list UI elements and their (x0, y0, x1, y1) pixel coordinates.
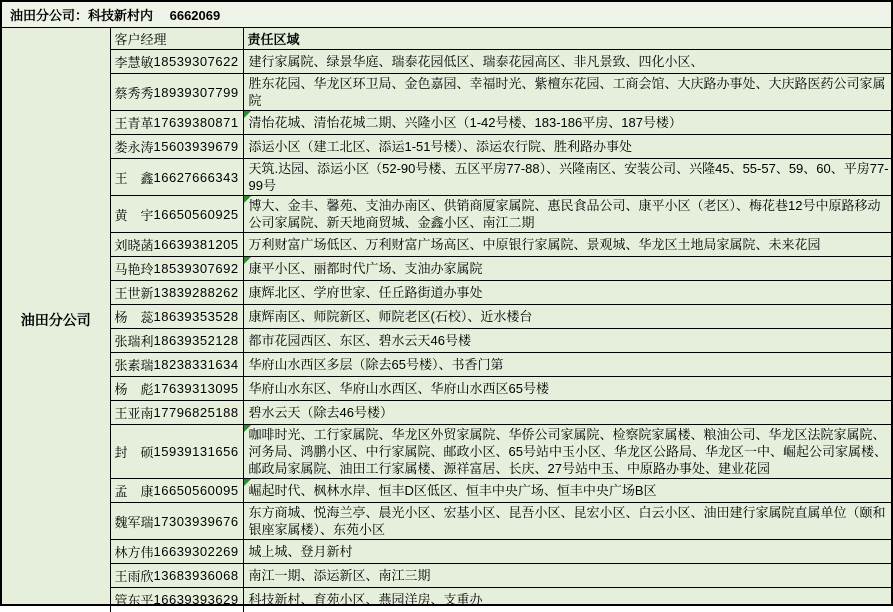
area-text: 崛起时代、枫林水岸、恒丰D区低区、恒丰中央广场、恒丰中央广场B区 (249, 483, 657, 498)
error-indicator-triangle (244, 111, 251, 118)
manager-phone: 16650560095 (154, 483, 239, 498)
error-indicator-triangle (244, 425, 251, 432)
sheet-title: 油田分公司：科技新村内 6662069 (2, 2, 891, 28)
area-text: 都市花园西区、东区、碧水云天46号楼 (249, 333, 471, 348)
area-text: 华府山水西区多层（除去65号楼）、书香门第 (249, 357, 504, 372)
area-text: 碧水云天（除去46号楼） (249, 405, 393, 420)
area-cell[interactable]: 清怡花城、清怡花城二期、兴隆小区（1-42号楼、183-186平房、187号楼） (243, 111, 893, 135)
area-text: 康辉南区、师院新区、师院老区(石校）、近水楼台 (249, 309, 533, 324)
table-row: 王雨欣 13683936068 南江一期、添运新区、南江三期 (2, 564, 893, 588)
area-text: 康辉北区、学府世家、任丘路街道办事处 (249, 285, 483, 300)
table-row: 黄 宇 16650560925 博大、金丰、馨苑、支油办南区、供销商厦家属院、惠… (2, 196, 893, 233)
manager-cell[interactable]: 娄永涛 15603939679 (110, 135, 243, 159)
area-cell[interactable]: 康平小区、丽都时代广场、支油办家属院 (243, 257, 893, 281)
manager-cell[interactable]: 林方伟 16639302269 (110, 540, 243, 564)
manager-phone: 18639352128 (154, 333, 239, 348)
manager-name: 黄 宇 (115, 205, 154, 224)
manager-cell[interactable]: 王亚南 17796825188 (110, 401, 243, 425)
area-text: 清怡花城、清怡花城二期、兴隆小区（1-42号楼、183-186平房、187号楼） (249, 115, 682, 130)
manager-name: 王雨欣 (115, 566, 154, 585)
manager-phone: 18939307799 (154, 85, 239, 100)
manager-name: 孟 康 (115, 481, 154, 500)
table-row: 张素瑞 18238331634 华府山水西区多层（除去65号楼）、书香门第 (2, 353, 893, 377)
table-row: 魏军瑞 17303939676 东方商城、悦海兰亭、晨光小区、宏基小区、昆吾小区… (2, 503, 893, 540)
manager-phone: 17303939676 (154, 514, 239, 529)
manager-name: 王世新 (115, 283, 154, 302)
manager-phone: 16639381205 (154, 237, 239, 252)
branch-group-label: 油田分公司 (21, 312, 91, 328)
area-text: 咖啡时光、工行家属院、华龙区外贸家属院、华侨公司家属院、检察院家属楼、粮油公司、… (249, 427, 887, 476)
manager-cell[interactable]: 张瑞利 18639352128 (110, 329, 243, 353)
table-row: 林方伟 16639302269 城上城、登月新村 (2, 540, 893, 564)
area-text: 科技新村、育苑小区、燕园洋房、支重办 (249, 592, 483, 607)
managers-table: 油田分公司 客户经理 责任区域 李慧敏 18539307622 建行家属院、绿景… (2, 28, 893, 612)
worksheet: 油田分公司：科技新村内 6662069 油田分公司 客户经理 责任区域 李慧敏 … (0, 0, 893, 606)
area-text: 天筑.达园、添运小区（52-90号楼、五区平房77-88）、兴隆南区、安装公司、… (249, 161, 889, 193)
table-row: 孟 康 16650560095 崛起时代、枫林水岸、恒丰D区低区、恒丰中央广场、… (2, 479, 893, 503)
manager-phone: 16627666343 (154, 170, 239, 185)
area-cell[interactable]: 科技新村、育苑小区、燕园洋房、支重办 (243, 588, 893, 612)
area-cell[interactable]: 东方商城、悦海兰亭、晨光小区、宏基小区、昆吾小区、昆宏小区、白云小区、油田建行家… (243, 503, 893, 540)
manager-cell[interactable]: 王雨欣 13683936068 (110, 564, 243, 588)
manager-phone: 18539307622 (154, 54, 239, 69)
area-text: 万利财富广场低区、万利财富广场高区、中原银行家属院、景观城、华龙区土地局家属院、… (249, 237, 821, 252)
area-text: 南江一期、添运新区、南江三期 (249, 568, 431, 583)
manager-phone: 16639393629 (154, 592, 239, 607)
area-cell[interactable]: 万利财富广场低区、万利财富广场高区、中原银行家属院、景观城、华龙区土地局家属院、… (243, 233, 893, 257)
manager-cell[interactable]: 王青革 17639380871 (110, 111, 243, 135)
manager-name: 娄永涛 (115, 137, 154, 156)
area-cell[interactable]: 博大、金丰、馨苑、支油办南区、供销商厦家属院、惠民食品公司、康平小区（老区）、梅… (243, 196, 893, 233)
manager-phone: 15603939679 (154, 139, 239, 154)
manager-cell[interactable]: 王 鑫 16627666343 (110, 159, 243, 196)
manager-cell[interactable]: 马艳玲 18539307692 (110, 257, 243, 281)
table-row: 王亚南 17796825188 碧水云天（除去46号楼） (2, 401, 893, 425)
area-cell[interactable]: 天筑.达园、添运小区（52-90号楼、五区平房77-88）、兴隆南区、安装公司、… (243, 159, 893, 196)
error-indicator-triangle (244, 196, 251, 203)
branch-group-cell[interactable]: 油田分公司 (2, 28, 110, 612)
manager-name: 李慧敏 (115, 52, 154, 71)
manager-cell[interactable]: 封 硕 15939131656 (110, 425, 243, 479)
manager-name: 蔡秀秀 (115, 83, 154, 102)
area-cell[interactable]: 南江一期、添运新区、南江三期 (243, 564, 893, 588)
table-row: 管东平 16639393629 科技新村、育苑小区、燕园洋房、支重办 (2, 588, 893, 612)
area-cell[interactable]: 咖啡时光、工行家属院、华龙区外贸家属院、华侨公司家属院、检察院家属楼、粮油公司、… (243, 425, 893, 479)
area-text: 城上城、登月新村 (249, 544, 353, 559)
area-text: 胜东花园、华龙区环卫局、金色嘉园、幸福时光、紫檀东花园、工商会馆、大庆路办事处、… (249, 76, 886, 108)
manager-cell[interactable]: 杨 蕊 18639353528 (110, 305, 243, 329)
manager-phone: 17796825188 (154, 405, 239, 420)
table-row: 王青革 17639380871 清怡花城、清怡花城二期、兴隆小区（1-42号楼、… (2, 111, 893, 135)
area-cell[interactable]: 胜东花园、华龙区环卫局、金色嘉园、幸福时光、紫檀东花园、工商会馆、大庆路办事处、… (243, 74, 893, 111)
area-cell[interactable]: 崛起时代、枫林水岸、恒丰D区低区、恒丰中央广场、恒丰中央广场B区 (243, 479, 893, 503)
manager-name: 封 硕 (115, 442, 154, 461)
manager-name: 杨 彪 (115, 379, 154, 398)
area-cell[interactable]: 城上城、登月新村 (243, 540, 893, 564)
area-text: 博大、金丰、馨苑、支油办南区、供销商厦家属院、惠民食品公司、康平小区（老区）、梅… (249, 198, 881, 230)
table-row: 王 鑫 16627666343 天筑.达园、添运小区（52-90号楼、五区平房7… (2, 159, 893, 196)
table-row: 封 硕 15939131656 咖啡时光、工行家属院、华龙区外贸家属院、华侨公司… (2, 425, 893, 479)
error-indicator-triangle (244, 479, 251, 486)
manager-name: 张素瑞 (115, 355, 154, 374)
manager-cell[interactable]: 张素瑞 18238331634 (110, 353, 243, 377)
table-row: 刘晓菡 16639381205 万利财富广场低区、万利财富广场高区、中原银行家属… (2, 233, 893, 257)
manager-cell[interactable]: 杨 彪 17639313095 (110, 377, 243, 401)
manager-name: 林方伟 (115, 542, 154, 561)
manager-phone: 13683936068 (154, 568, 239, 583)
manager-phone: 18238331634 (154, 357, 239, 372)
manager-name: 王青革 (115, 113, 154, 132)
manager-name: 张瑞利 (115, 331, 154, 350)
manager-cell[interactable]: 魏军瑞 17303939676 (110, 503, 243, 540)
manager-name: 王亚南 (115, 403, 154, 422)
manager-name: 魏军瑞 (115, 512, 154, 531)
area-text: 东方商城、悦海兰亭、晨光小区、宏基小区、昆吾小区、昆宏小区、白云小区、油田建行家… (249, 505, 886, 537)
manager-phone: 17639380871 (154, 115, 239, 130)
manager-cell[interactable]: 蔡秀秀 18939307799 (110, 74, 243, 111)
manager-cell[interactable]: 黄 宇 16650560925 (110, 196, 243, 233)
manager-phone: 15939131656 (154, 444, 239, 459)
manager-cell[interactable]: 李慧敏 18539307622 (110, 50, 243, 74)
table-row: 李慧敏 18539307622 建行家属院、绿景华庭、瑞泰花园低区、瑞泰花园高区… (2, 50, 893, 74)
manager-phone: 13839288262 (154, 285, 239, 300)
table-row: 杨 蕊 18639353528 康辉南区、师院新区、师院老区(石校）、近水楼台 (2, 305, 893, 329)
manager-cell[interactable]: 孟 康 16650560095 (110, 479, 243, 503)
area-text: 添运小区（建工北区、添运1-51号楼）、添运农行院、胜利路办事处 (249, 139, 633, 154)
area-cell[interactable]: 康辉北区、学府世家、任丘路街道办事处 (243, 281, 893, 305)
manager-name: 马艳玲 (115, 259, 154, 278)
manager-cell[interactable]: 刘晓菡 16639381205 (110, 233, 243, 257)
area-text: 华府山水东区、华府山水西区、华府山水西区65号楼 (249, 381, 549, 396)
area-cell[interactable]: 华府山水西区多层（除去65号楼）、书香门第 (243, 353, 893, 377)
manager-name: 王 鑫 (115, 168, 154, 187)
column-header-area[interactable]: 责任区域 (243, 28, 893, 50)
table-row: 马艳玲 18539307692 康平小区、丽都时代广场、支油办家属院 (2, 257, 893, 281)
table-row: 杨 彪 17639313095 华府山水东区、华府山水西区、华府山水西区65号楼 (2, 377, 893, 401)
manager-cell[interactable]: 王世新 13839288262 (110, 281, 243, 305)
area-cell[interactable]: 添运小区（建工北区、添运1-51号楼）、添运农行院、胜利路办事处 (243, 135, 893, 159)
manager-phone: 17639313095 (154, 381, 239, 396)
area-cell[interactable]: 碧水云天（除去46号楼） (243, 401, 893, 425)
table-row: 娄永涛 15603939679 添运小区（建工北区、添运1-51号楼）、添运农行… (2, 135, 893, 159)
manager-phone: 16639302269 (154, 544, 239, 559)
manager-name: 杨 蕊 (115, 307, 154, 326)
table-row: 蔡秀秀 18939307799 胜东花园、华龙区环卫局、金色嘉园、幸福时光、紫檀… (2, 74, 893, 111)
area-text: 建行家属院、绿景华庭、瑞泰花园低区、瑞泰花园高区、非凡景致、四化小区、 (249, 54, 704, 69)
area-cell[interactable]: 康辉南区、师院新区、师院老区(石校）、近水楼台 (243, 305, 893, 329)
manager-name: 管东平 (115, 590, 154, 609)
area-cell[interactable]: 都市花园西区、东区、碧水云天46号楼 (243, 329, 893, 353)
table-row: 张瑞利 18639352128 都市花园西区、东区、碧水云天46号楼 (2, 329, 893, 353)
area-text: 康平小区、丽都时代广场、支油办家属院 (249, 261, 483, 276)
column-header-manager[interactable]: 客户经理 (110, 28, 243, 50)
manager-phone: 18639353528 (154, 309, 239, 324)
area-cell[interactable]: 华府山水东区、华府山水西区、华府山水西区65号楼 (243, 377, 893, 401)
table-row: 王世新 13839288262 康辉北区、学府世家、任丘路街道办事处 (2, 281, 893, 305)
manager-phone: 16650560925 (154, 207, 239, 222)
area-cell[interactable]: 建行家属院、绿景华庭、瑞泰花园低区、瑞泰花园高区、非凡景致、四化小区、 (243, 50, 893, 74)
header-row: 油田分公司 客户经理 责任区域 (2, 28, 893, 50)
manager-name: 刘晓菡 (115, 235, 154, 254)
error-indicator-triangle (244, 257, 251, 264)
manager-cell[interactable]: 管东平 16639393629 (110, 588, 243, 612)
manager-phone: 18539307692 (154, 261, 239, 276)
